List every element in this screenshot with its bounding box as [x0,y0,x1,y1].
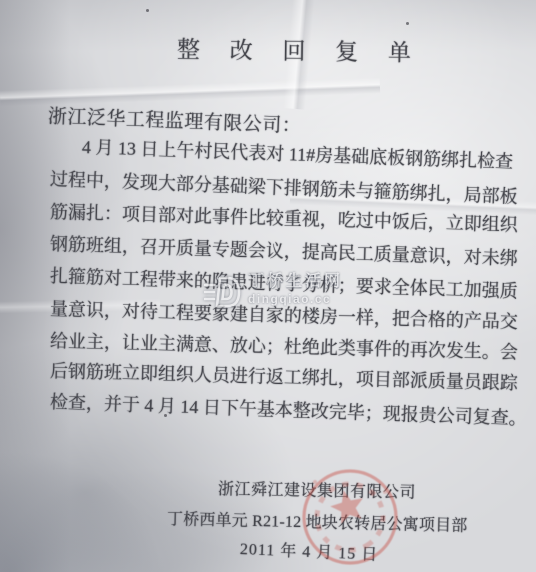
dust-speck [406,22,409,25]
document-title: 整 改 回 复 单 [177,31,423,67]
dust-speck [164,414,167,417]
seal-star-icon [327,486,367,525]
dust-speck [411,417,414,420]
scanned-rectification-reply-document: 整 改 回 复 单 浙江泛华工程监理有限公司： 4 月 13 日上午村民代表对 … [0,0,536,572]
body-line: 检查，并于 4 月 14 日下午基本整改完毕；现报贵公司复查。 [50,388,528,431]
dust-speck [146,9,149,12]
official-seal-stamp-icon [297,462,405,572]
